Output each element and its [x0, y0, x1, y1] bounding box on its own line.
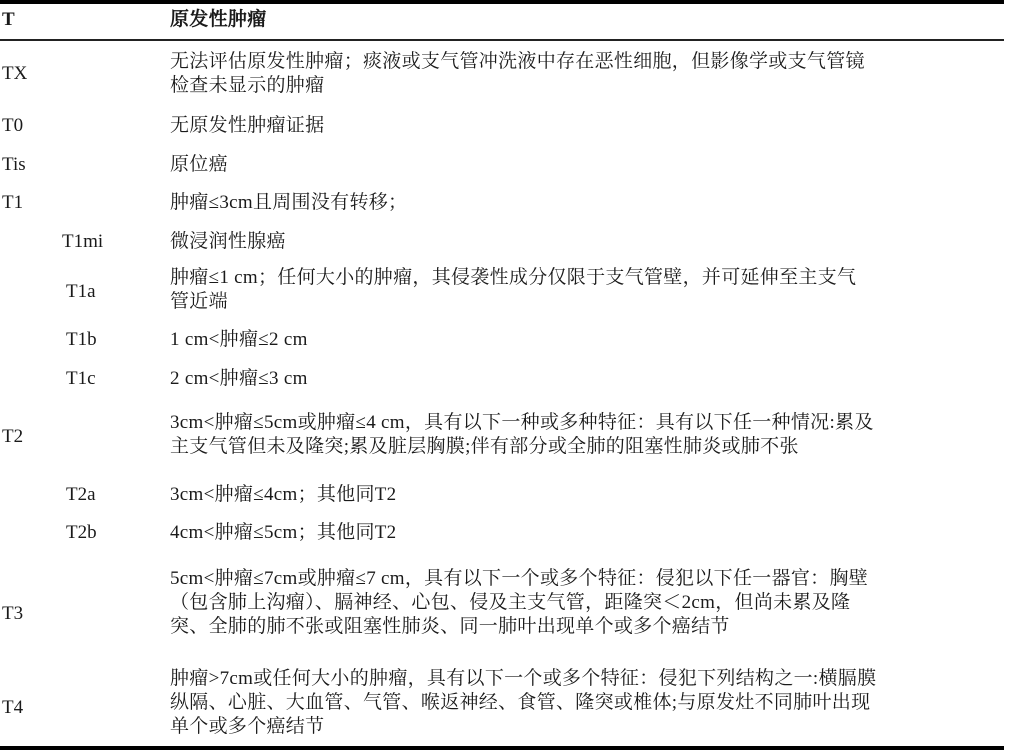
row-code-t4: T4: [2, 696, 23, 720]
row-code-t3: T3: [2, 602, 23, 626]
row-desc-t4: 肿瘤>7cm或任何大小的肿瘤，具有以下一个或多个特征：侵犯下列结构之一:横膈膜 …: [170, 667, 1000, 739]
desc-line: 5cm<肿瘤≤7cm或肿瘤≤7 cm，具有以下一个或多个特征：侵犯以下任一器官：…: [170, 567, 1000, 591]
row-code-t1c: T1c: [66, 367, 96, 391]
desc-line: 纵隔、心脏、大血管、气管、喉返神经、食管、隆突或椎体;与原发灶不同肺叶出现: [170, 691, 1000, 715]
row-desc-tx: 无法评估原发性肿瘤；痰液或支气管冲洗液中存在恶性细胞，但影像学或支气管镜 检查未…: [170, 50, 1000, 98]
table-top-rule: [0, 0, 1004, 4]
row-desc-t1b: 1 cm<肿瘤≤2 cm: [170, 328, 1000, 352]
desc-line: 突、全肺的肺不张或阻塞性肺炎、同一肺叶出现单个或多个癌结节: [170, 615, 1000, 639]
row-desc-t2b: 4cm<肿瘤≤5cm；其他同T2: [170, 521, 1000, 545]
header-col-primary-tumor: 原发性肿瘤: [170, 8, 1000, 32]
table-bottom-rule: [0, 746, 1004, 750]
row-desc-t2a: 3cm<肿瘤≤4cm；其他同T2: [170, 483, 1000, 507]
row-code-t0: T0: [2, 114, 23, 138]
row-code-t2b: T2b: [66, 521, 97, 545]
row-desc-t2: 3cm<肿瘤≤5cm或肿瘤≤4 cm，具有以下一种或多种特征：具有以下任一种情况…: [170, 411, 1000, 459]
row-code-tx: TX: [2, 62, 27, 86]
row-desc-t1: 肿瘤≤3cm且周围没有转移；: [170, 191, 1000, 215]
desc-line: 1 cm<肿瘤≤2 cm: [170, 328, 1000, 352]
desc-line: 无原发性肿瘤证据: [170, 114, 1000, 138]
header-col-t: T: [2, 8, 15, 32]
desc-line: 主支气管但未及隆突;累及脏层胸膜;伴有部分或全肺的阻塞性肺炎或肺不张: [170, 435, 1000, 459]
desc-line: 原位癌: [170, 153, 1000, 177]
desc-line: 2 cm<肿瘤≤3 cm: [170, 367, 1000, 391]
row-desc-t3: 5cm<肿瘤≤7cm或肿瘤≤7 cm，具有以下一个或多个特征：侵犯以下任一器官：…: [170, 567, 1000, 639]
row-desc-t1c: 2 cm<肿瘤≤3 cm: [170, 367, 1000, 391]
desc-line: 肿瘤≤1 cm；任何大小的肿瘤，其侵袭性成分仅限于支气管壁，并可延伸至主支气: [170, 266, 1000, 290]
desc-line: 3cm<肿瘤≤4cm；其他同T2: [170, 483, 1000, 507]
row-code-t1a: T1a: [66, 280, 96, 304]
header-rule: [0, 39, 1004, 41]
desc-line: 单个或多个癌结节: [170, 715, 1000, 739]
desc-line: 4cm<肿瘤≤5cm；其他同T2: [170, 521, 1000, 545]
row-desc-t1a: 肿瘤≤1 cm；任何大小的肿瘤，其侵袭性成分仅限于支气管壁，并可延伸至主支气 管…: [170, 266, 1000, 314]
desc-line: 无法评估原发性肿瘤；痰液或支气管冲洗液中存在恶性细胞，但影像学或支气管镜: [170, 50, 1000, 74]
row-desc-tis: 原位癌: [170, 153, 1000, 177]
row-code-t2: T2: [2, 425, 23, 449]
desc-line: 管近端: [170, 290, 1000, 314]
row-code-tis: Tis: [2, 153, 26, 177]
desc-line: 微浸润性腺癌: [170, 230, 1000, 254]
row-code-t2a: T2a: [66, 483, 96, 507]
desc-line: 肿瘤≤3cm且周围没有转移；: [170, 191, 1000, 215]
row-code-t1b: T1b: [66, 328, 97, 352]
desc-line: 检查未显示的肿瘤: [170, 74, 1000, 98]
row-desc-t1mi: 微浸润性腺癌: [170, 230, 1000, 254]
row-code-t1: T1: [2, 191, 23, 215]
row-code-t1mi: T1mi: [62, 230, 103, 254]
row-desc-t0: 无原发性肿瘤证据: [170, 114, 1000, 138]
desc-line: 3cm<肿瘤≤5cm或肿瘤≤4 cm，具有以下一种或多种特征：具有以下任一种情况…: [170, 411, 1000, 435]
desc-line: 肿瘤>7cm或任何大小的肿瘤，具有以下一个或多个特征：侵犯下列结构之一:横膈膜: [170, 667, 1000, 691]
desc-line: （包含肺上沟瘤）、膈神经、心包、侵及主支气管，距隆突＜2cm，但尚未累及隆: [170, 591, 1000, 615]
